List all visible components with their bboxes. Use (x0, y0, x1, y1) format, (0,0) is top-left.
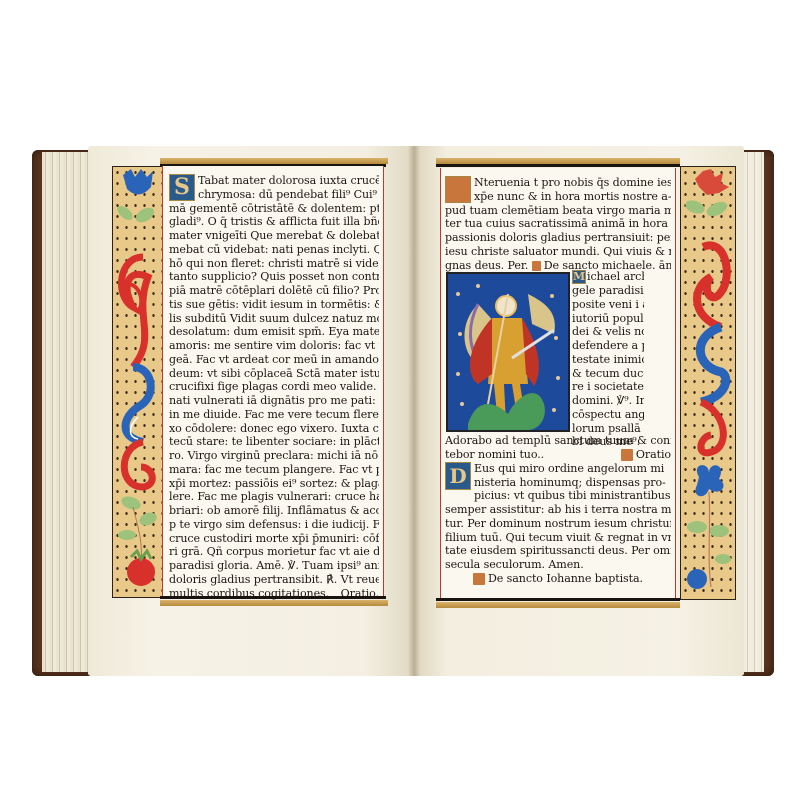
miniature-st-michael (446, 272, 570, 432)
text-line: filium tuū. Qui tecum viuit & regnat in … (445, 531, 671, 545)
text-line: desolatum: dum emisit spm̄. Eya mater fo… (169, 325, 379, 339)
text-line: tur. Per dominum nostrum iesum christum (445, 517, 671, 531)
text-line: mā gementē cōtristātē & dolentem: ptrāsi… (169, 202, 379, 216)
text-line: iutoriū populo (572, 312, 644, 326)
text-line: mara: fac me tecum plangere. Fac vt port… (169, 463, 379, 477)
text-line: picius: vt quibus tibi ministrantibus in… (474, 489, 671, 503)
left-text-block: S Tabat mater dolorosa iuxta crucē la- c… (162, 166, 384, 596)
text-line: piā matrē cōtēplari dolētē cū filio? Pro… (169, 284, 379, 298)
text-line: iesu christe saluator mundi. Qui viuis &… (445, 245, 671, 259)
gold-rule-bottom (160, 600, 388, 606)
rubric-baptist: De sancto Iohanne baptista. (488, 572, 643, 585)
text-line: bi deus me⁹. ℟. (572, 435, 644, 449)
text-line: posite veni i ad (572, 298, 644, 312)
text-line: Michael archā (572, 270, 644, 284)
text-line: & tecum duce- (572, 367, 644, 381)
text-line: tate eiusdem spiritussancti deus. Per om… (445, 544, 671, 558)
text-line: in me diuide. Fac me vere tecum flere cr… (169, 408, 379, 422)
text-line: xo cōdolere: donec ego vixero. Iuxta cru… (169, 422, 379, 436)
st-michael-icon (448, 274, 568, 430)
text-line: lis subditū Vidit suum dulcez natuz mori… (169, 312, 379, 326)
text-line: ro. Virgo virginū preclara: michi iā nō … (169, 449, 379, 463)
book-gutter (408, 146, 420, 676)
text-line: chrymosa: dū pendebat fili⁹ Cui⁹ ani (198, 188, 379, 202)
text-line: defendere a po (572, 339, 644, 353)
gold-rule-top (436, 158, 680, 164)
rubric-marker (473, 573, 485, 585)
text-line: lere. Fac me plagis vulnerari: cruce hac… (169, 490, 379, 504)
text-line: nisteria hominumq; dispensas pro- (474, 476, 671, 490)
text-line: geā. Fac vt ardeat cor meū in amando xp̄… (169, 353, 379, 367)
text-line: dei & velis nos (572, 325, 644, 339)
initial-s: S (169, 174, 195, 201)
initial-m: M (572, 270, 586, 284)
open-book: S Tabat mater dolorosa iuxta crucē la- c… (32, 146, 774, 680)
text-line: mebat cū videbat: nati penas inclyti. Qu… (169, 243, 379, 257)
text-line: Eus qui miro ordine angelorum mi (474, 462, 671, 476)
text-line: doloris gladius pertransibit. ℟. Vt reue… (169, 573, 379, 587)
page-edges-right (744, 152, 764, 672)
text-line: crucifixi fige plagas cordi meo valide. … (169, 380, 379, 394)
text-line: amoris: me sentire vim doloris: fac vt t… (169, 339, 379, 353)
text-line: paradisi gloria. Amē. ℣. Tuam ipsi⁹ anim… (169, 559, 379, 573)
text-line: domini. ℣⁹. In (572, 394, 644, 408)
text-line: De sancto Iohanne baptista. (445, 572, 671, 586)
text-line: ri grā. Qñ corpus morietur fac vt aie do… (169, 545, 379, 559)
floral-scroll-icon (113, 167, 163, 597)
text-line: nati vulnerati iā dignātis pro me pati: … (169, 394, 379, 408)
michael-antiphon-column: Michael archā gele paradisi p̄ posite ve… (572, 270, 644, 449)
text-line: xp̄i mortez: passiōis ei⁹ sortez: & plag… (169, 477, 379, 491)
text-line: deum: vt sibi cōplaceā Sctā mater istud … (169, 367, 379, 381)
text-line: xp̄e nunc & in hora mortis nostre a- (474, 190, 671, 204)
text-line: testate inimici (572, 353, 644, 367)
text-line: gele paradisi p̄ (572, 284, 644, 298)
left-illuminated-border (112, 166, 164, 598)
page-edges-left (42, 152, 88, 672)
text-line: tanto supplicio? Quis posset non contris… (169, 270, 379, 284)
text-line: tecū stare: te libenter sociare: in plāc… (169, 435, 379, 449)
text-line: Nteruenia t pro nobis q̄s domine iesu (474, 176, 671, 190)
right-illuminated-border (680, 166, 736, 600)
text-fragment: gnas deus. Per. (445, 259, 528, 272)
text-line: passionis doloris gladius pertransiuit: … (445, 231, 671, 245)
text-line: tebor nomini tuo.. Oratio (445, 448, 671, 462)
initial-d: D (445, 462, 471, 490)
text-line: lorum psallā ti- (572, 422, 644, 436)
text-fragment: ichael archā (587, 270, 644, 283)
text-line: semper assistitur: ab his i terra nostra… (445, 503, 671, 517)
ink-rule-bottom (436, 598, 680, 601)
rubric-marker (621, 449, 633, 461)
text-line: briari: ob amorē filij. Inflāmatus & acc… (169, 504, 379, 518)
text-line: tis sue gētis: vidit iesum in tormētis: … (169, 298, 379, 312)
text-line: p te virgo sim defensus: i die iudicij. … (169, 518, 379, 532)
ink-rule-bottom (160, 596, 386, 599)
text-line: hō qui non fleret: christi matrē si vide… (169, 257, 379, 271)
text-line: secula seculorum. Amen. (445, 558, 671, 572)
text-line: gladi⁹. O q̄ tristis & afflicta fuit ill… (169, 215, 379, 229)
initial-i: I (445, 176, 471, 203)
oratio-label: Oratio (636, 448, 671, 461)
text-line: cruce custodiri morte xp̄i p̄muniri: cōf… (169, 532, 379, 546)
text-line: pud tuam clemētiam beata virgo maria ma (445, 204, 671, 218)
text-line: mater vnigeīti Que merebat & dolebat & t… (169, 229, 379, 243)
text-line: ter tua cuius sacratissimā animā in hora… (445, 217, 671, 231)
ink-rule-top (436, 164, 680, 167)
floral-scroll-icon (681, 167, 735, 599)
text-line: Tabat mater dolorosa iuxta crucē la- (198, 174, 379, 188)
text-line: re i societatem (572, 380, 644, 394)
gold-rule-bottom (436, 602, 680, 608)
text-fragment: tebor nomini tuo.. (445, 448, 544, 462)
text-line: cōspectu ange- (572, 408, 644, 422)
rubric-marker (532, 261, 541, 271)
